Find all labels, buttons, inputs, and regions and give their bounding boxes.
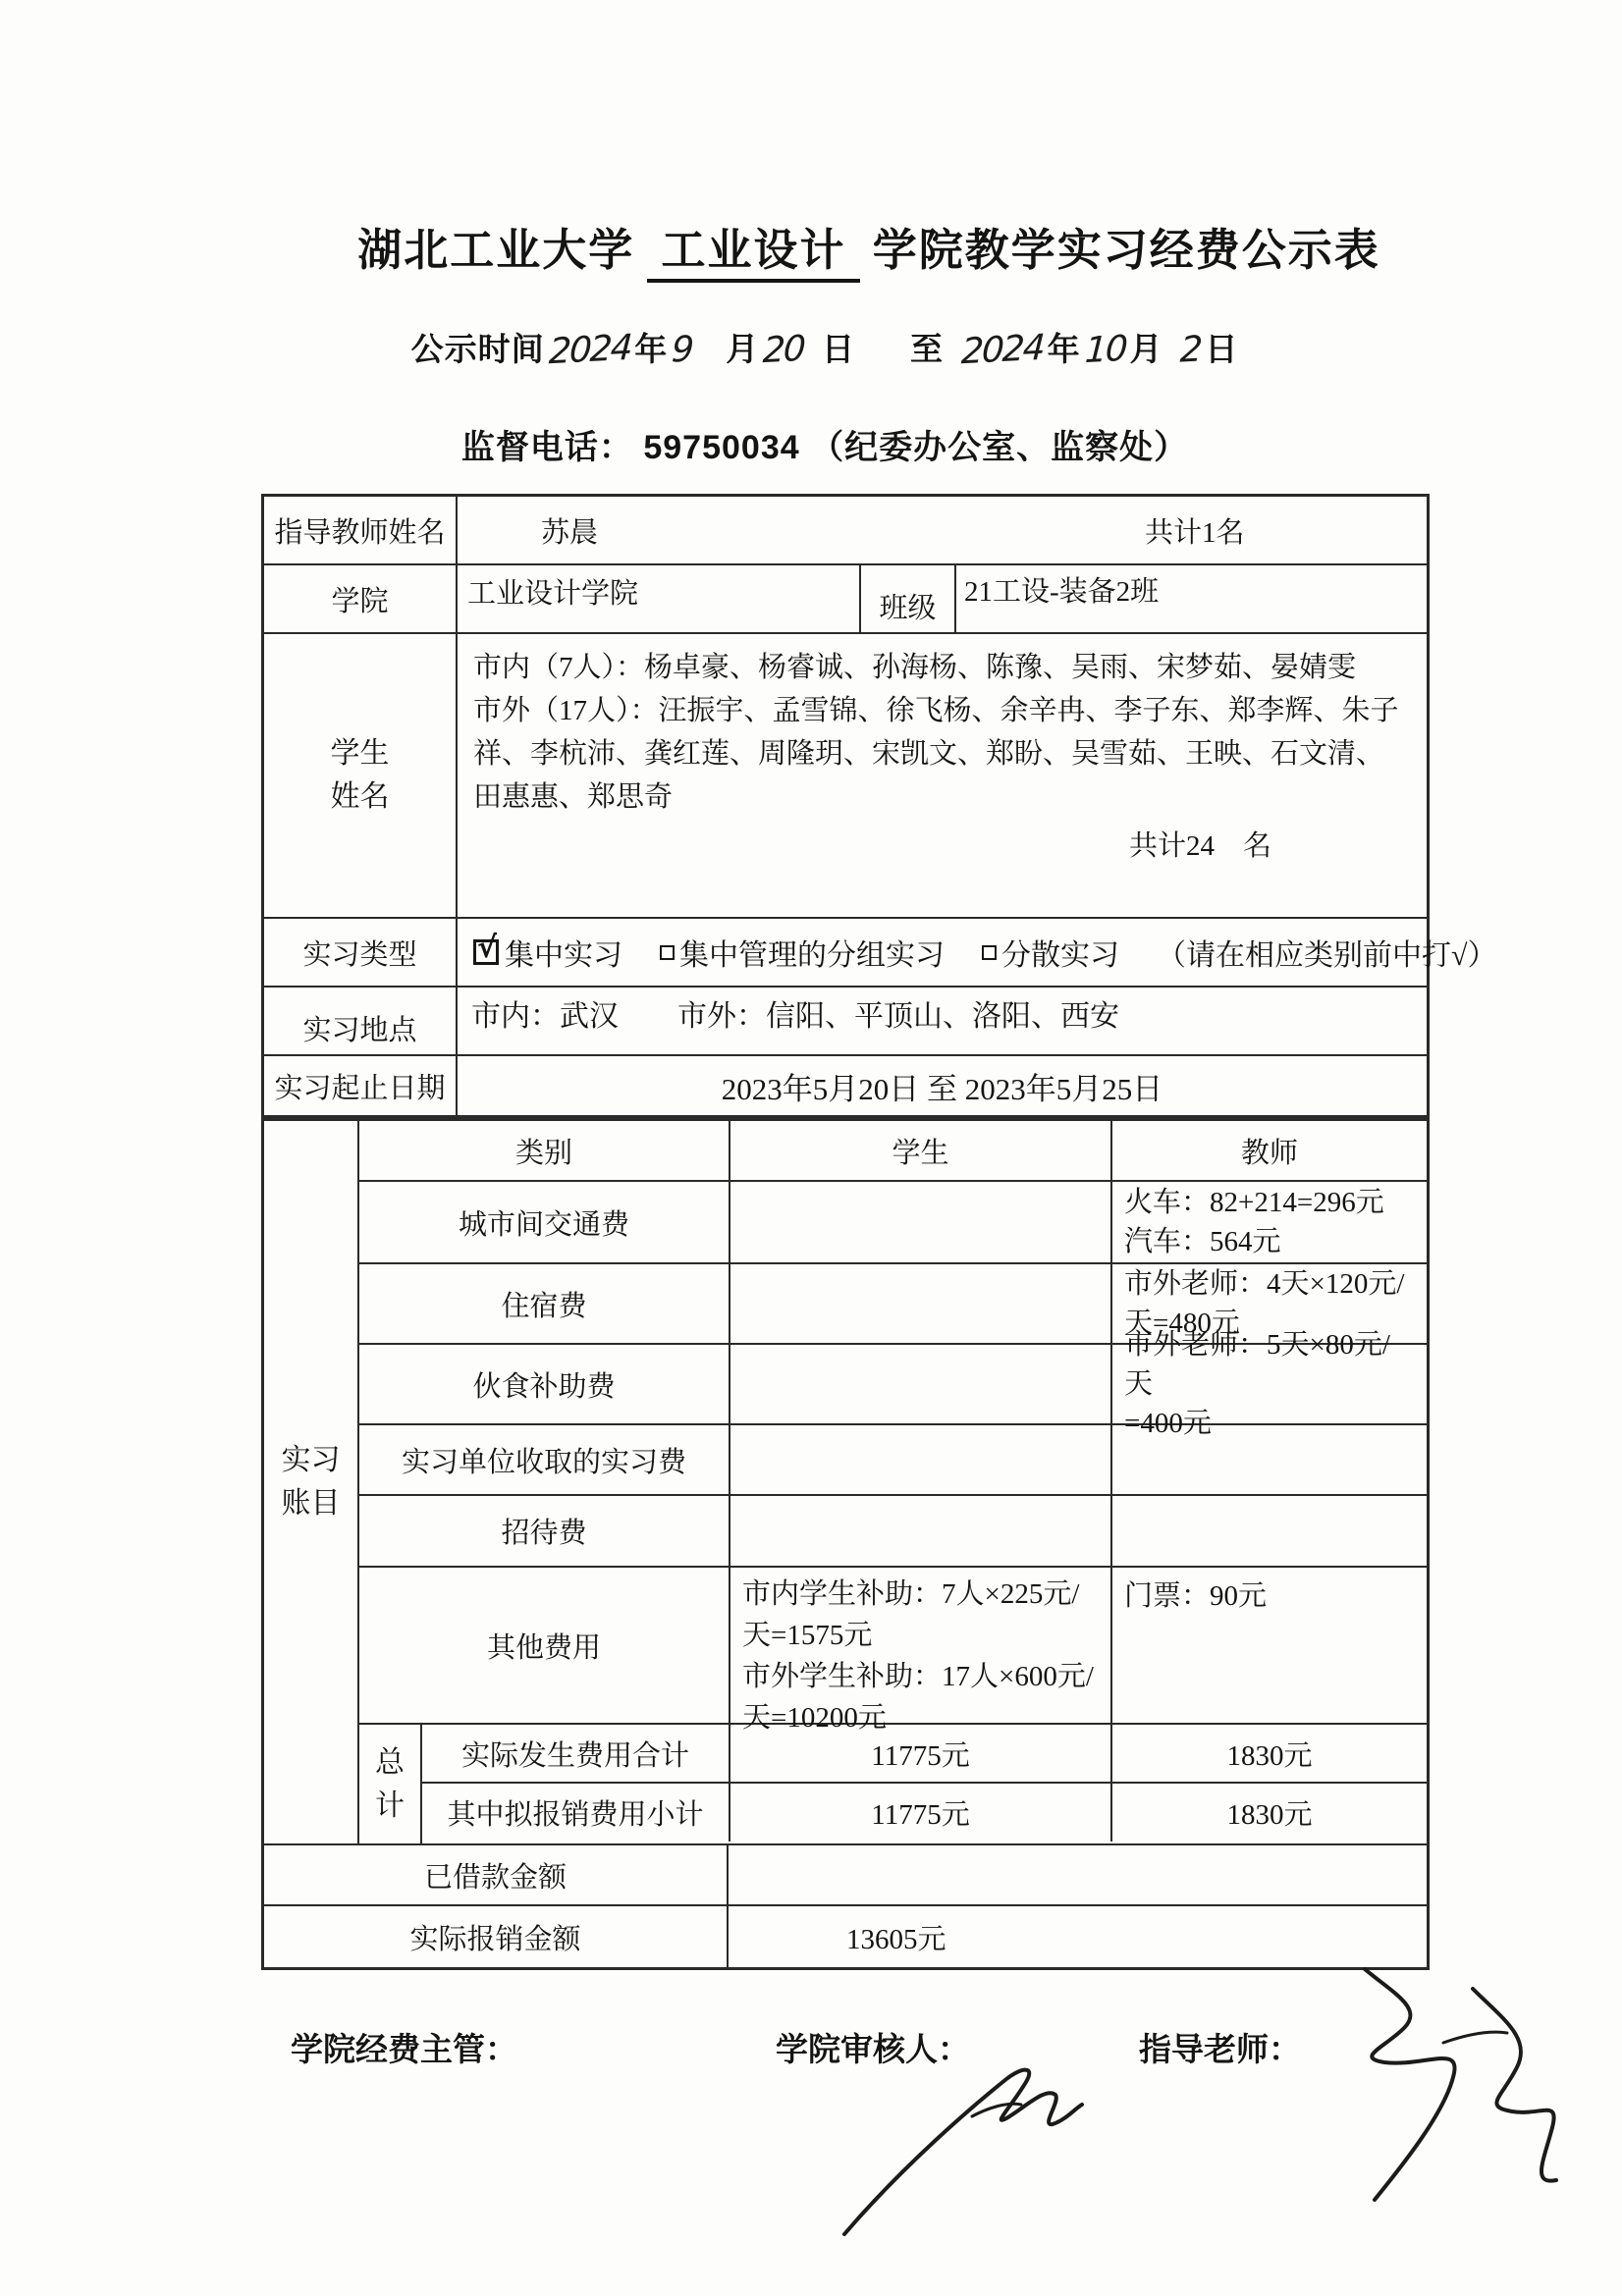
total-label-cell: 实际发生费用合计: [422, 1725, 730, 1782]
total-teacher-cell: 1830元: [1112, 1784, 1427, 1842]
fund-manager-label: 学院经费主管：: [291, 2024, 517, 2070]
students-value-cell: 市内（7人）：杨卓豪、杨睿诚、孙海杨、陈豫、吴雨、宋梦茹、晏婧雯 市外（17人）…: [458, 634, 1427, 917]
class-label-cell: 班级: [861, 565, 956, 632]
advisor-label: 指导老师：: [1139, 2024, 1301, 2070]
end-day-handwritten: 2: [1175, 329, 1206, 371]
total-label-cell: 其中拟报销费用小计: [422, 1784, 730, 1842]
account-row-meals: 伙食补助费 市外老师：5天×80元/天 =400元: [359, 1345, 1427, 1425]
total-side-label: 总 计: [359, 1725, 422, 1843]
account-row-transport: 城市间交通费 火车：82+214=296元 汽车：564元: [359, 1182, 1427, 1264]
reimbursed-amount: 13605元: [729, 1917, 946, 1957]
day-unit: 日: [822, 324, 855, 370]
college-label-cell: 学院: [264, 565, 458, 632]
students-total: 共计24 名: [473, 825, 1409, 868]
teacher-name: 苏晨: [458, 510, 598, 551]
unchecked-checkbox-icon: [660, 945, 675, 960]
category-cell: 招待费: [359, 1496, 730, 1566]
students-row: 学生 姓名 市内（7人）：杨卓豪、杨睿诚、孙海杨、陈豫、吴雨、宋梦茹、晏婧雯 市…: [264, 634, 1427, 919]
account-table: 实习 账目 类别 学生 教师 城市间交通费 火车：82+214=296元 汽车：…: [261, 1118, 1430, 1970]
account-side-label: 实习 账目: [264, 1121, 359, 1843]
reimbursed-row: 实际报销金额 13605元: [264, 1906, 1427, 1967]
type-note: （请在相应类别前中打√）: [1157, 931, 1496, 974]
header-category: 类别: [359, 1121, 730, 1180]
college-value-cell: 工业设计学院: [458, 565, 861, 632]
category-cell: 住宿费: [359, 1264, 730, 1343]
reimbursed-label-cell: 实际报销金额: [264, 1906, 729, 1967]
check-mark-icon: √: [477, 931, 497, 965]
students-in-city: 市内（7人）：杨卓豪、杨睿诚、孙海杨、陈豫、吴雨、宋梦茹、晏婧雯: [473, 646, 1409, 689]
borrowed-row: 已借款金额: [264, 1845, 1427, 1906]
category-cell: 伙食补助费: [359, 1345, 730, 1423]
dates-label-cell: 实习起止日期: [264, 1056, 458, 1115]
title-underlined-college: 工业设计: [647, 226, 859, 283]
account-row-unit-fee: 实习单位收取的实习费: [359, 1425, 1427, 1496]
publicity-date-line: 公示时间 2024 年 9 月 20 日 至 2024 年 10 月 2 日: [260, 324, 1389, 370]
teacher-row: 指导教师姓名 苏晨 共计1名: [264, 497, 1427, 565]
location-label-cell: 实习地点: [264, 988, 458, 1054]
account-row-other: 其他费用 市内学生补助：7人×225元/天=1575元 市外学生补助：17人×6…: [359, 1568, 1427, 1725]
header-student: 学生: [730, 1121, 1112, 1180]
teacher-value-cell: 苏晨 共计1名: [458, 497, 1427, 563]
students-text-block: 市内（7人）：杨卓豪、杨睿诚、孙海杨、陈豫、吴雨、宋梦茹、晏婧雯 市外（17人）…: [458, 634, 1427, 876]
student-cell: [730, 1264, 1112, 1343]
account-header-row: 类别 学生 教师: [359, 1121, 1427, 1182]
teacher-cell: [1112, 1425, 1427, 1494]
hotline-label: 监督电话：: [461, 429, 633, 466]
location-value-cell: 市内：武汉 市外：信阳、平顶山、洛阳、西安: [458, 988, 1427, 1054]
start-month-handwritten: 9: [667, 329, 697, 371]
borrowed-label-cell: 已借款金额: [264, 1845, 729, 1904]
end-year-handwritten: 2024: [956, 328, 1049, 373]
type-row: 实习类型 √ 集中实习 集中管理的分组实习 分散实习 （请在相应类别前中打√）: [264, 919, 1427, 988]
category-cell: 其他费用: [359, 1568, 730, 1723]
teacher-total: 共计1名: [1145, 510, 1245, 551]
type-option-1: 集中实习: [505, 931, 622, 974]
category-cell: 实习单位收取的实习费: [359, 1425, 730, 1494]
borrowed-value-cell: [729, 1845, 1427, 1904]
checked-checkbox-icon: √: [473, 939, 499, 965]
account-total-section: 总 计 实际发生费用合计 11775元 1830元 其中拟报销费用小计 1177…: [359, 1725, 1427, 1843]
to-label: 至: [910, 324, 944, 370]
hotline-line: 监督电话： 59750034 （纪委办公室、监察处）: [260, 420, 1389, 468]
teacher-cell: 市外老师：5天×80元/天 =400元: [1112, 1345, 1427, 1423]
footer: 学院经费主管： 学院审核人： 指导老师：: [0, 2018, 1622, 2273]
type-option-3: 分散实习: [1001, 931, 1119, 974]
account-row-reception: 招待费: [359, 1496, 1427, 1568]
account-rows: 类别 学生 教师 城市间交通费 火车：82+214=296元 汽车：564元 住…: [359, 1121, 1427, 1843]
student-cell: [730, 1496, 1112, 1566]
month-unit: 月: [1129, 324, 1162, 370]
total-rows: 实际发生费用合计 11775元 1830元 其中拟报销费用小计 11775元 1…: [422, 1725, 1427, 1843]
month-unit: 月: [726, 324, 759, 370]
category-cell: 城市间交通费: [359, 1182, 730, 1262]
dates-row: 实习起止日期 2023年5月20日 至 2023年5月25日: [264, 1056, 1427, 1115]
total-row-reimbursable: 其中拟报销费用小计 11775元 1830元: [422, 1784, 1427, 1842]
total-student-cell: 11775元: [730, 1784, 1112, 1842]
students-out-city: 市外（17人）：汪振宇、孟雪锦、徐飞杨、余辛冉、李子东、郑李辉、朱子祥、李杭沛、…: [473, 689, 1409, 819]
students-label-cell: 学生 姓名: [264, 634, 458, 917]
scanned-form-page: 湖北工业大学 工业设计 学院教学实习经费公示表 公示时间 2024 年 9 月 …: [0, 0, 1622, 2296]
student-cell: [730, 1182, 1112, 1262]
advisor-signature: [1306, 1949, 1600, 2224]
header-teacher: 教师: [1112, 1121, 1427, 1180]
year-unit: 年: [634, 324, 668, 370]
college-row: 学院 工业设计学院 班级 21工设-装备2班: [264, 565, 1427, 634]
total-wrap: 总 计 实际发生费用合计 11775元 1830元 其中拟报销费用小计 1177…: [359, 1725, 1427, 1843]
title-prefix: 湖北工业大学: [357, 226, 634, 275]
year-unit: 年: [1048, 324, 1081, 370]
total-row-actual: 实际发生费用合计 11775元 1830元: [422, 1725, 1427, 1784]
teacher-label-cell: 指导教师姓名: [264, 497, 458, 563]
unchecked-checkbox-icon: [982, 945, 997, 960]
total-student-cell: 11775元: [730, 1725, 1112, 1782]
total-teacher-cell: 1830元: [1112, 1725, 1427, 1782]
title-suffix: 学院教学实习经费公示表: [873, 226, 1380, 275]
teacher-cell: [1112, 1496, 1427, 1566]
student-cell: [730, 1425, 1112, 1494]
type-option-2: 集中管理的分组实习: [679, 931, 945, 974]
dates-value-cell: 2023年5月20日 至 2023年5月25日: [458, 1056, 1427, 1115]
class-value-cell: 21工设-装备2班: [956, 565, 1427, 632]
day-unit: 日: [1205, 324, 1238, 370]
student-cell: 市内学生补助：7人×225元/天=1575元 市外学生补助：17人×600元/天…: [730, 1568, 1112, 1723]
teacher-cell: 门票：90元: [1112, 1568, 1427, 1723]
reviewer-signature: [825, 2048, 1100, 2244]
student-cell: [730, 1345, 1112, 1423]
teacher-cell: 火车：82+214=296元 汽车：564元: [1112, 1182, 1427, 1262]
publicity-label: 公示时间: [411, 324, 545, 370]
type-value-cell: √ 集中实习 集中管理的分组实习 分散实习 （请在相应类别前中打√）: [458, 919, 1496, 986]
info-table: 指导教师姓名 苏晨 共计1名 学院 工业设计学院 班级 21工设-装备2班 学生…: [261, 494, 1430, 1118]
hotline-number: 59750034: [643, 429, 799, 466]
hotline-note: （纪委办公室、监察处）: [810, 429, 1188, 466]
location-row: 实习地点 市内：武汉 市外：信阳、平顶山、洛阳、西安: [264, 988, 1427, 1056]
end-month-handwritten: 10: [1080, 329, 1131, 372]
start-day-handwritten: 20: [758, 329, 809, 372]
page-title: 湖北工业大学 工业设计 学院教学实习经费公示表: [285, 214, 1453, 278]
start-year-handwritten: 2024: [544, 328, 636, 373]
account-body: 实习 账目 类别 学生 教师 城市间交通费 火车：82+214=296元 汽车：…: [264, 1121, 1427, 1845]
type-label-cell: 实习类型: [264, 919, 458, 986]
